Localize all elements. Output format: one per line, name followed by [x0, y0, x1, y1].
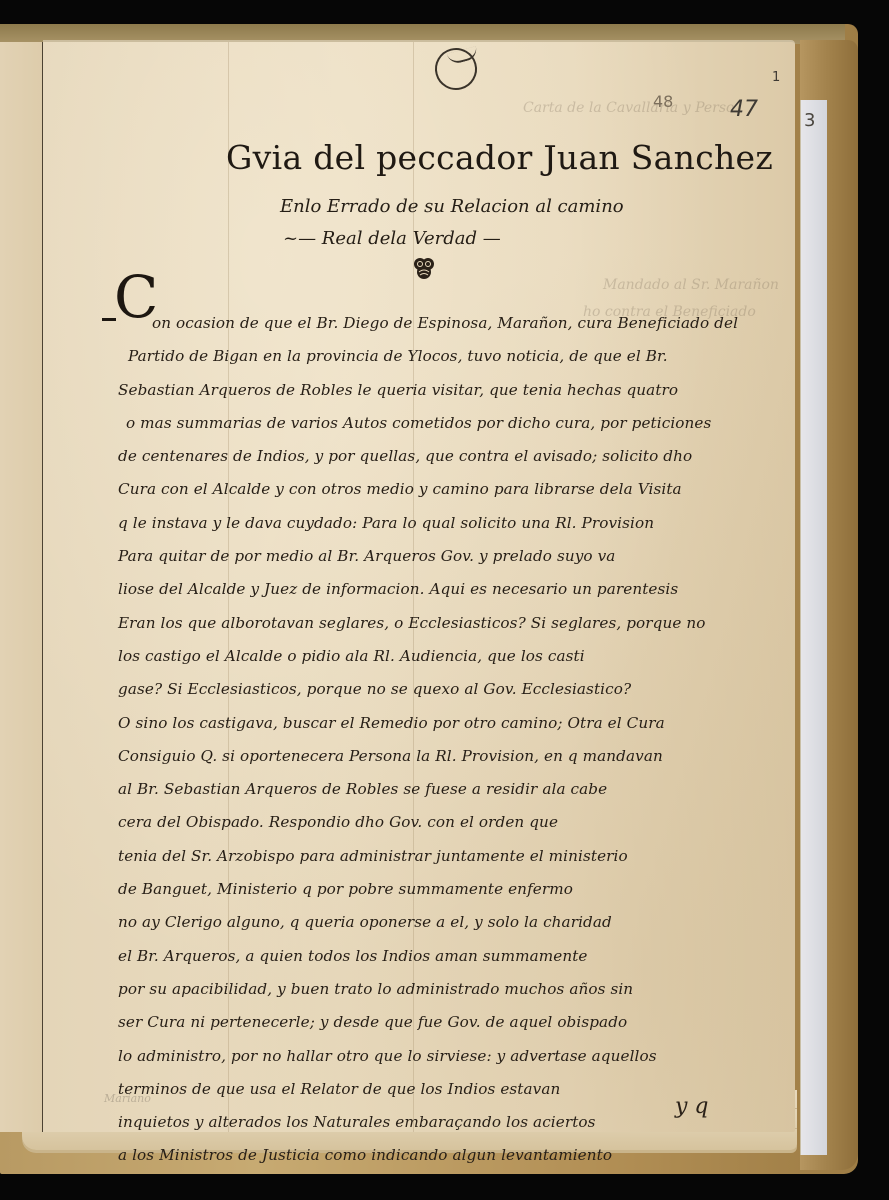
text-line: ser Cura ni pertenecerle; y desde que fu…: [118, 1006, 778, 1039]
text-line: tenia del Sr. Arzobispo para administrar…: [118, 840, 778, 873]
document-subtitle-line-2: ~— Real dela Verdad —: [283, 228, 501, 249]
text-line: Sebastian Arqueros de Robles le queria v…: [118, 374, 778, 407]
text-line: q le instava y le dava cuydado: Para lo …: [118, 507, 778, 540]
text-line: de Banguet, Ministerio q por pobre summa…: [118, 873, 778, 906]
text-line: Eran los que alborotavan seglares, o Ecc…: [118, 607, 778, 640]
text-line: Para quitar de por medio al Br. Arqueros…: [118, 540, 778, 573]
manuscript-scan: Carta de la Cavallaria y Perso Mandado a…: [0, 0, 889, 1200]
text-line: Partido de Bigan en la provincia de Yloc…: [128, 340, 778, 373]
document-subtitle-line-1: Enlo Errado de su Relacion al camino: [280, 196, 624, 217]
text-line: los castigo el Alcalde o pidio ala Rl. A…: [118, 640, 778, 673]
bleed-through-text: Mariano: [104, 1092, 151, 1105]
old-folio-number: 48: [653, 92, 673, 111]
text-line: o mas summarias de varios Autos cometido…: [126, 407, 778, 440]
document-title: Gvia del peccador Juan Sanchez: [226, 138, 773, 177]
paper-insert-strip: [800, 100, 827, 1155]
text-line: liose del Alcalde y Juez de informacion.…: [118, 573, 778, 606]
text-line: cera del Obispado. Respondio dho Gov. co…: [118, 806, 778, 839]
text-line: no ay Clerigo alguno, q queria oponerse …: [118, 906, 778, 939]
insert-strip-number: 3: [804, 110, 815, 131]
folio-number: 47: [730, 97, 758, 122]
text-line: Cura con el Alcalde y con otros medio y …: [118, 473, 778, 506]
text-line: Consiguio Q. si oportenecera Persona la …: [118, 740, 778, 773]
text-line: por su apacibilidad, y buen trato lo adm…: [118, 973, 778, 1006]
text-line: O sino los castigava, buscar el Remedio …: [118, 707, 778, 740]
text-line: el Br. Arqueros, a quien todos los Indio…: [118, 940, 778, 973]
corner-mark: 1: [772, 70, 780, 85]
manuscript-body: on ocasion de que el Br. Diego de Espino…: [138, 307, 778, 1173]
fleuron-ornament-icon: [411, 256, 437, 280]
text-line: a los Ministros de Justicia como indican…: [118, 1139, 778, 1172]
bleed-through-text: Mandado al Sr. Marañon: [603, 277, 779, 293]
bleed-through-text: Carta de la Cavallaria y Perso: [523, 100, 734, 116]
left-facing-leaf: [0, 42, 44, 1132]
text-line: lo administro, por no hallar otro que lo…: [118, 1040, 778, 1073]
text-line: on ocasion de que el Br. Diego de Espino…: [152, 307, 778, 340]
catchword: y q: [675, 1094, 709, 1119]
text-line: gase? Si Ecclesiasticos, porque no se qu…: [118, 673, 778, 706]
text-line: de centenares de Indios, y por quellas, …: [118, 440, 778, 473]
text-line: al Br. Sebastian Arqueros de Robles se f…: [118, 773, 778, 806]
